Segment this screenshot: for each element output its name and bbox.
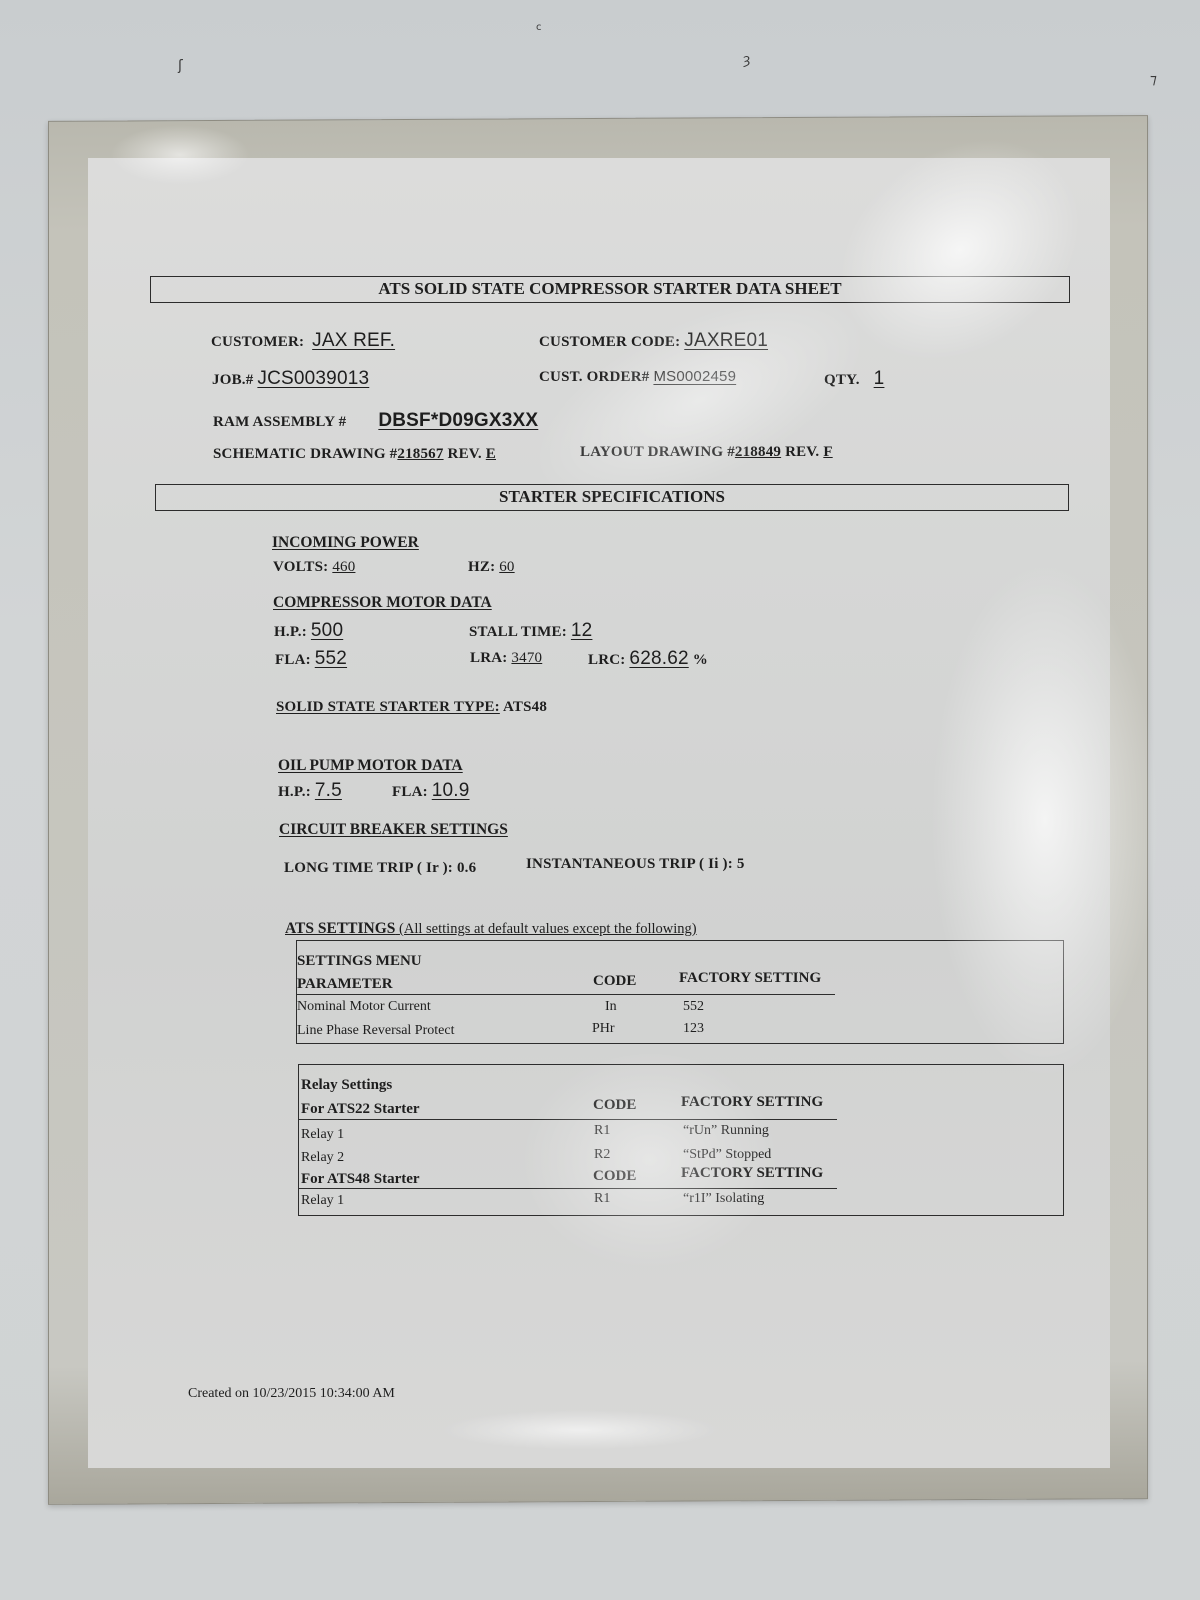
hz-field: HZ: 60	[468, 559, 515, 576]
layout-drawing-label: LAYOUT DRAWING #	[580, 444, 735, 460]
settings-menu-title: SETTINGS MENU	[297, 953, 422, 970]
wall-speck: ȝ	[743, 52, 750, 68]
parameter-cell: Line Phase Reversal Protect	[297, 1023, 454, 1039]
oil-pump-heading: OIL PUMP MOTOR DATA	[278, 757, 463, 775]
code-cell: PHr	[592, 1021, 615, 1037]
oil-pump-fla-field: FLA: 10.9	[392, 780, 470, 802]
qty-value: 1	[874, 368, 885, 389]
volts-label: VOLTS:	[273, 559, 328, 575]
oil-pump-hp-value: 7.5	[315, 780, 342, 801]
lra-value: 3470	[511, 650, 542, 666]
ram-assembly-label: RAM ASSEMBLY #	[213, 414, 346, 430]
wall-speck: ⁊	[1150, 72, 1157, 88]
oil-pump-fla-value: 10.9	[432, 780, 470, 801]
customer-value: JAX REF.	[312, 330, 395, 351]
relay-cell: Relay 1	[301, 1193, 344, 1209]
schematic-drawing-number: 218567	[397, 446, 443, 462]
ats22-header-underline	[299, 1119, 837, 1120]
oil-pump-fla-label: FLA:	[392, 784, 428, 800]
customer-code-field: CUSTOMER CODE: JAXRE01	[539, 330, 768, 352]
schematic-drawing-label: SCHEMATIC DRAWING #	[213, 446, 397, 462]
schematic-rev-value: E	[486, 446, 496, 462]
lrc-value: 628.62	[629, 648, 688, 669]
starter-type-field: SOLID STATE STARTER TYPE: ATS48	[276, 699, 547, 716]
job-value: JCS0039013	[257, 368, 369, 389]
schematic-drawing-field: SCHEMATIC DRAWING #218567 REV. E	[213, 446, 496, 463]
job-label: JOB.#	[212, 372, 253, 388]
compressor-fla-field: FLA: 552	[275, 648, 347, 670]
starter-specifications-title: STARTER SPECIFICATIONS	[499, 487, 725, 506]
starter-type-label: SOLID STATE STARTER TYPE:	[276, 699, 500, 715]
customer-code-label: CUSTOMER CODE:	[539, 334, 680, 350]
hz-value: 60	[499, 559, 514, 575]
ats48-header-underline	[299, 1188, 837, 1189]
setting-cell: 552	[683, 999, 704, 1015]
setting-cell: “rUn” Running	[683, 1123, 769, 1139]
qty-field: QTY. 1	[824, 368, 884, 390]
code-cell: R1	[594, 1191, 610, 1207]
code-cell: R1	[594, 1123, 610, 1139]
cust-order-label: CUST. ORDER#	[539, 369, 649, 385]
column-header-parameter: PARAMETER	[297, 976, 393, 993]
code-cell: R2	[594, 1147, 610, 1163]
compressor-hp-label: H.P.:	[274, 624, 307, 640]
lrc-unit: %	[693, 652, 708, 668]
volts-field: VOLTS: 460	[273, 559, 355, 576]
ats22-column-factory-setting: FACTORY SETTING	[681, 1094, 823, 1111]
layout-drawing-number: 218849	[735, 444, 781, 460]
created-on-footer: Created on 10/23/2015 10:34:00 AM	[188, 1386, 395, 1402]
header-underline	[297, 994, 835, 995]
ats-settings-title: ATS SETTINGS	[285, 920, 395, 937]
customer-code-value: JAXRE01	[684, 330, 768, 351]
ats48-group-title: For ATS48 Starter	[301, 1171, 420, 1188]
ats22-column-code: CODE	[593, 1097, 636, 1114]
compressor-fla-label: FLA:	[275, 652, 311, 668]
stall-time-field: STALL TIME: 12	[469, 620, 592, 642]
incoming-power-heading: INCOMING POWER	[272, 534, 419, 552]
stall-time-label: STALL TIME:	[469, 624, 567, 640]
sheet-title: ATS SOLID STATE COMPRESSOR STARTER DATA …	[378, 279, 841, 298]
ram-assembly-field: RAM ASSEMBLY # DBSF*D09GX3XX	[213, 410, 538, 432]
qty-label: QTY.	[824, 372, 860, 388]
wall-speck: c	[536, 22, 542, 33]
volts-value: 460	[332, 559, 355, 575]
lrc-field: LRC: 628.62 %	[588, 648, 708, 670]
oil-pump-hp-label: H.P.:	[278, 784, 311, 800]
setting-cell: “StPd” Stopped	[683, 1147, 771, 1163]
parameter-cell: Nominal Motor Current	[297, 999, 431, 1015]
cust-order-field: CUST. ORDER# MS0002459	[539, 368, 736, 386]
relay-settings-table: Relay Settings For ATS22 Starter CODE FA…	[298, 1064, 1064, 1216]
ram-assembly-value: DBSF*D09GX3XX	[378, 410, 538, 431]
instantaneous-trip: INSTANTANEOUS TRIP ( Ii ): 5	[526, 856, 745, 873]
stall-time-value: 12	[571, 620, 593, 641]
ats22-group-title: For ATS22 Starter	[301, 1101, 420, 1118]
ats-settings-heading: ATS SETTINGS (All settings at default va…	[285, 920, 697, 938]
setting-cell: “r1I” Isolating	[683, 1191, 764, 1207]
schematic-rev-label: REV.	[448, 446, 482, 462]
ats48-column-factory-setting: FACTORY SETTING	[681, 1165, 823, 1182]
lra-label: LRA:	[470, 650, 507, 666]
ats48-column-code: CODE	[593, 1168, 636, 1185]
cust-order-value: MS0002459	[653, 368, 736, 385]
column-header-code: CODE	[593, 973, 636, 990]
relay-cell: Relay 1	[301, 1127, 344, 1143]
relay-settings-title: Relay Settings	[301, 1077, 392, 1094]
compressor-hp-field: H.P.: 500	[274, 620, 343, 642]
job-field: JOB.# JCS0039013	[212, 368, 369, 390]
sheet-title-box: ATS SOLID STATE COMPRESSOR STARTER DATA …	[150, 276, 1070, 303]
layout-drawing-field: LAYOUT DRAWING #218849 REV. F	[580, 444, 833, 461]
settings-menu-table: SETTINGS MENU PARAMETER CODE FACTORY SET…	[296, 940, 1064, 1044]
starter-type-value: ATS48	[503, 699, 547, 715]
compressor-hp-value: 500	[311, 620, 343, 641]
oil-pump-hp-field: H.P.: 7.5	[278, 780, 342, 802]
lrc-label: LRC:	[588, 652, 625, 668]
ats-settings-note: (All settings at default values except t…	[399, 921, 697, 937]
compressor-motor-heading: COMPRESSOR MOTOR DATA	[273, 594, 492, 612]
layout-rev-value: F	[823, 444, 832, 460]
data-sheet-paper	[88, 158, 1110, 1468]
compressor-fla-value: 552	[315, 648, 347, 669]
setting-cell: 123	[683, 1021, 704, 1037]
layout-rev-label: REV.	[785, 444, 819, 460]
wall-speck: ʃ	[178, 58, 183, 74]
lra-field: LRA: 3470	[470, 650, 542, 667]
circuit-breaker-heading: CIRCUIT BREAKER SETTINGS	[279, 821, 508, 839]
customer-label: CUSTOMER:	[211, 334, 304, 350]
hz-label: HZ:	[468, 559, 495, 575]
customer-field: CUSTOMER: JAX REF.	[211, 330, 395, 352]
starter-specifications-box: STARTER SPECIFICATIONS	[155, 484, 1069, 511]
code-cell: In	[605, 999, 617, 1015]
long-time-trip: LONG TIME TRIP ( Ir ): 0.6	[284, 860, 476, 877]
relay-cell: Relay 2	[301, 1150, 344, 1166]
column-header-factory-setting: FACTORY SETTING	[679, 970, 821, 987]
